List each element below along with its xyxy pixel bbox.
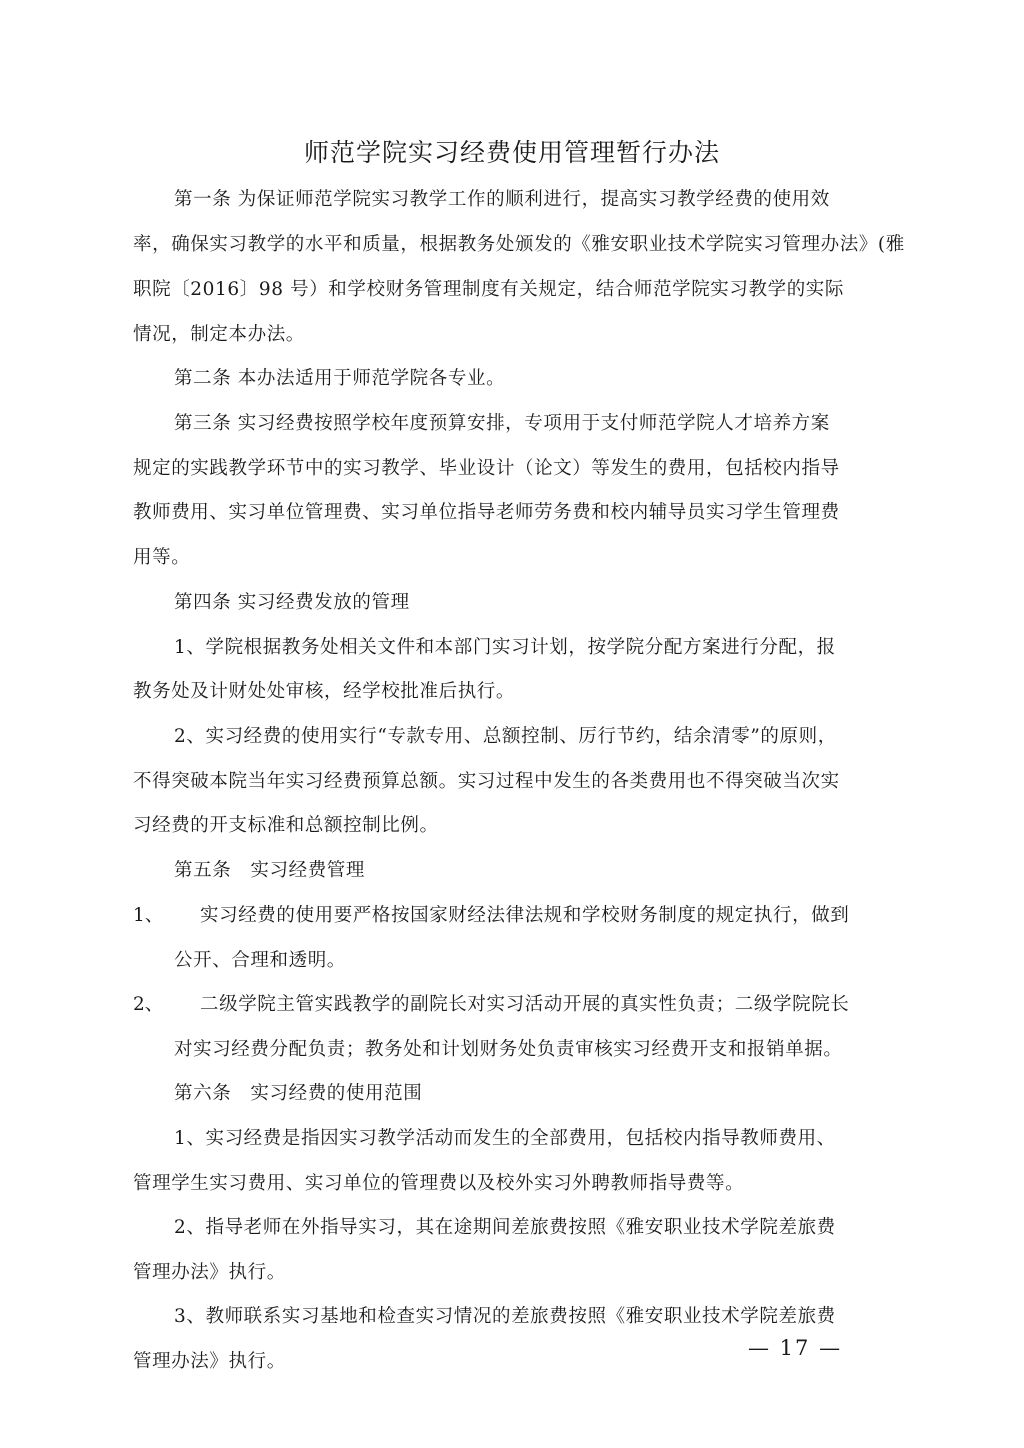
paragraph-line: 不得突破本院当年实习经费预算总额。实习过程中发生的各类费用也不得突破当次实 (133, 767, 840, 793)
paragraph-line: 职院〔2016〕98 号）和学校财务管理制度有关规定，结合师范学院实习教学的实际 (133, 275, 844, 301)
list-item-line: 实习经费的使用要严格按国家财经法律法规和学校财务制度的规定执行，做到 (200, 901, 849, 927)
paragraph-line: 教师费用、实习单位管理费、实习单位指导老师劳务费和校内辅导员实习学生管理费 (133, 498, 840, 524)
list-number: 2、 (133, 990, 163, 1016)
paragraph-line: 1、学院根据教务处相关文件和本部门实习计划，按学院分配方案进行分配，报 (174, 633, 836, 659)
paragraph-line: 管理办法》执行。 (133, 1258, 286, 1284)
paragraph-line: 3、教师联系实习基地和检查实习情况的差旅费按照《雅安职业技术学院差旅费 (174, 1302, 836, 1328)
paragraph-line: 第三条 实习经费按照学校年度预算安排，专项用于支付师范学院人才培养方案 (174, 409, 830, 435)
paragraph-line: 管理学生实习费用、实习单位的管理费以及校外实习外聘教师指导费等。 (133, 1169, 744, 1195)
document-title: 师范学院实习经费使用管理暂行办法 (0, 133, 1024, 169)
paragraph-line: 管理办法》执行。 (133, 1347, 286, 1373)
paragraph-line: 2、实习经费的使用实行“专款专用、总额控制、厉行节约，结余清零”的原则， (174, 722, 837, 748)
list-number: 1、 (133, 901, 163, 927)
paragraph-line: 1、实习经费是指因实习教学活动而发生的全部费用，包括校内指导教师费用、 (174, 1124, 836, 1150)
paragraph-line: 规定的实践教学环节中的实习教学、毕业设计（论文）等发生的费用，包括校内指导 (133, 454, 840, 480)
paragraph-line: 2、指导老师在外指导实习，其在途期间差旅费按照《雅安职业技术学院差旅费 (174, 1213, 836, 1239)
paragraph-line: 第二条 本办法适用于师范学院各专业。 (174, 364, 505, 390)
paragraph-line: 第四条 实习经费发放的管理 (174, 588, 410, 614)
paragraph-line: 率，确保实习教学的水平和质量，根据教务处颁发的《雅安职业技术学院实习管理办法》(… (133, 230, 905, 256)
list-item-continuation: 公开、合理和透明。 (174, 946, 346, 972)
paragraph-line: 用等。 (133, 543, 190, 569)
paragraph-line: 习经费的开支标准和总额控制比例。 (133, 811, 439, 837)
paragraph-line: 情况，制定本办法。 (133, 320, 305, 346)
paragraph-line: 教务处及计财处处审核，经学校批准后执行。 (133, 677, 515, 703)
list-item-line: 二级学院主管实践教学的副院长对实习活动开展的真实性负责；二级学院院长 (200, 990, 849, 1016)
paragraph-line: 第一条 为保证师范学院实习教学工作的顺利进行，提高实习教学经费的使用效 (174, 185, 830, 211)
paragraph-line: 第五条 实习经费管理 (174, 856, 365, 882)
paragraph-line: 第六条 实习经费的使用范围 (174, 1079, 422, 1105)
page-number: — 17 — (748, 1336, 842, 1360)
list-item-continuation: 对实习经费分配负责；教务处和计划财务处负责审核实习经费开支和报销单据。 (174, 1035, 843, 1061)
